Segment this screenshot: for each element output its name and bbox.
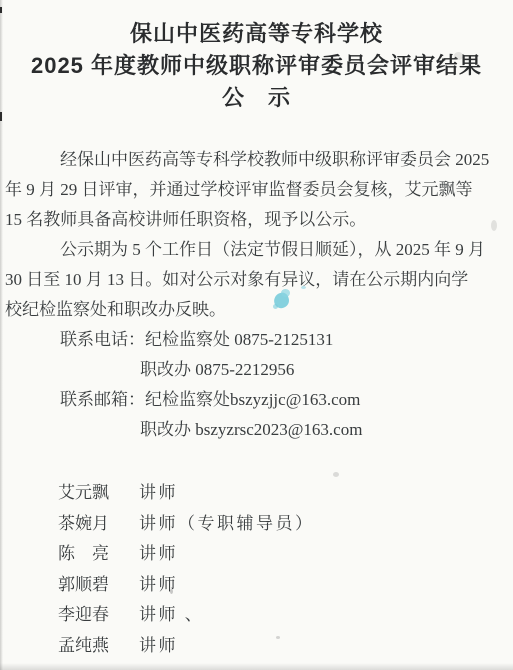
paragraph2-line1: 公示期为 5 个工作日（法定节假日顺延），从 2025 年 9 月 <box>5 235 508 265</box>
roster-name: 茶婉月 <box>58 509 139 540</box>
title-line-2: 2025 年度教师中级职称评审委员会评审结果 <box>0 50 513 82</box>
ink-smudge-speck <box>301 286 306 289</box>
roster-title: 讲师（专职辅导员） <box>139 509 315 540</box>
paragraph1-line2: 年 9 月 29 日评审，并通过学校评审监督委员会复核，艾元飘等 <box>5 175 508 205</box>
roster-row: 郭顺碧 讲师 <box>5 570 508 601</box>
contact-email-line2: 职改办 bszyzrsc2023@163.com <box>5 415 508 445</box>
contact-email-line1: 联系邮箱：纪检监察处bszyzjjc@163.com <box>5 385 508 415</box>
roster-name: 李迎春 <box>58 600 139 631</box>
scan-speck <box>333 472 339 477</box>
ink-smudge-artifact <box>273 289 297 311</box>
title-line-3: 公 示 <box>0 82 513 114</box>
roster-row: 艾元飘 讲师 <box>5 478 508 509</box>
paragraph1-line3: 15 名教师具备高校讲师任职资格，现予以公示。 <box>5 205 508 235</box>
contact-phone-line1: 联系电话：纪检监察处 0875-2125131 <box>5 325 508 355</box>
scan-speck <box>276 636 280 639</box>
roster-name: 郭顺碧 <box>58 570 139 601</box>
roster-title: 讲师 <box>139 631 178 662</box>
roster-name: 孟纯燕 <box>58 631 139 662</box>
paragraph2-line2: 30 日至 10 月 13 日。如对公示对象有异议，请在公示期内向学 <box>5 265 508 295</box>
roster-title: 讲师 <box>139 570 178 601</box>
roster-row: 茶婉月 讲师（专职辅导员） <box>5 509 508 540</box>
roster-name: 艾元飘 <box>58 478 139 509</box>
teacher-roster: 艾元飘 讲师 茶婉月 讲师（专职辅导员） 陈 亮 讲师 郭顺碧 讲师 李迎春 讲… <box>5 478 508 661</box>
document-page: 保山中医药高等专科学校 2025 年度教师中级职称评审委员会评审结果 公 示 经… <box>0 0 513 670</box>
roster-row: 陈 亮 讲师 <box>5 539 508 570</box>
paragraph2-line3: 校纪检监察处和职改办反映。 <box>5 295 508 325</box>
roster-title: 讲师 <box>139 539 178 570</box>
ink-smudge-blob <box>281 289 290 297</box>
contact-phone-line2: 职改办 0875-2212956 <box>5 355 508 385</box>
roster-name: 陈 亮 <box>58 539 139 570</box>
scan-edge-bottom <box>0 663 513 670</box>
scan-speck <box>454 52 463 60</box>
scan-edge-mark <box>0 7 2 13</box>
ink-smudge-blob <box>273 304 278 309</box>
document-title: 保山中医药高等专科学校 2025 年度教师中级职称评审委员会评审结果 公 示 <box>0 18 513 114</box>
scan-speck <box>170 589 173 594</box>
document-body: 经保山中医药高等专科学校教师中级职称评审委员会 2025 年 9 月 29 日评… <box>5 145 508 445</box>
roster-title: 讲师 <box>139 478 178 509</box>
scan-speck <box>491 220 497 231</box>
title-line-1: 保山中医药高等专科学校 <box>0 18 513 50</box>
roster-row: 李迎春 讲师 、 <box>5 600 508 631</box>
paragraph1-line1: 经保山中医药高等专科学校教师中级职称评审委员会 2025 <box>5 145 508 175</box>
roster-title: 讲师 、 <box>139 600 204 631</box>
roster-row: 孟纯燕 讲师 <box>5 631 508 662</box>
